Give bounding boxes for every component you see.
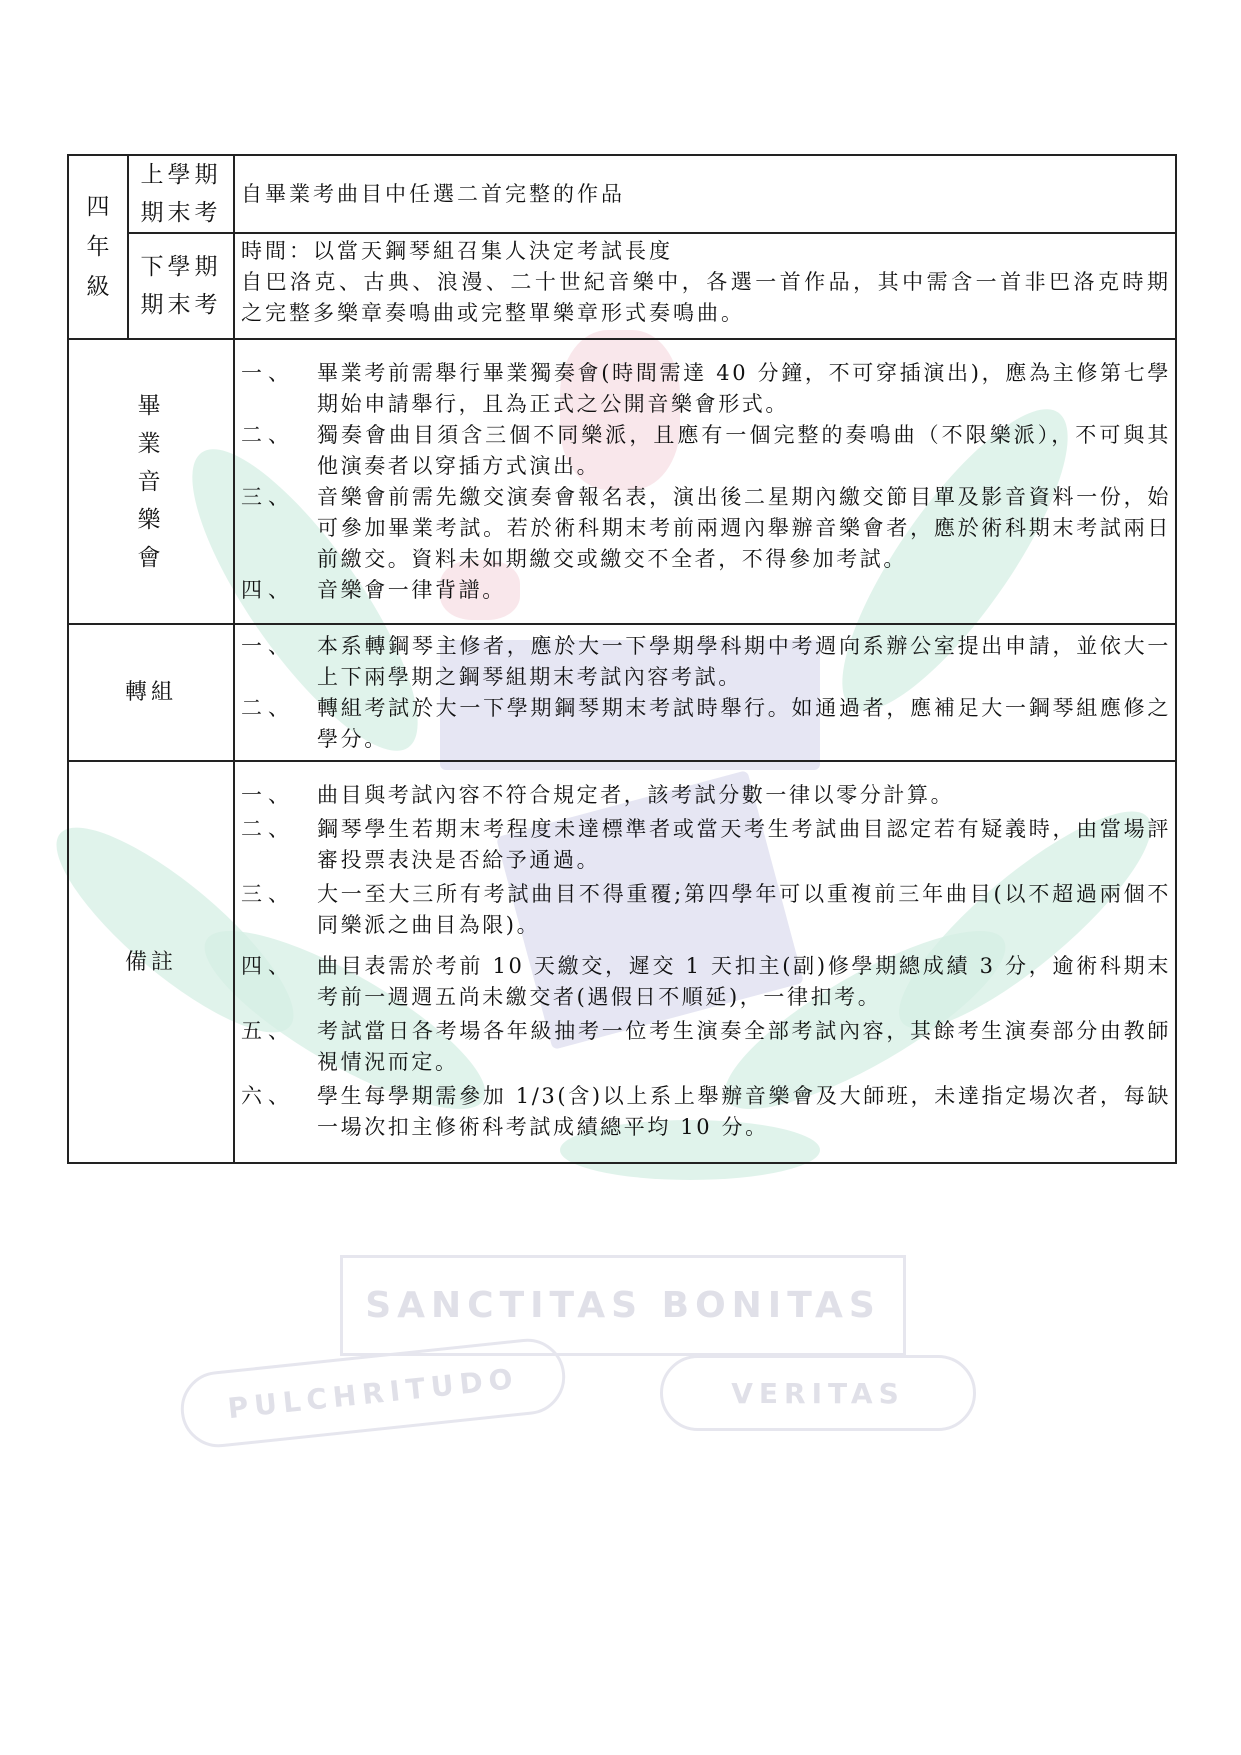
list-item: 三、音樂會前需先繳交演奏會報名表，演出後二星期內繳交節目單及影音資料一份，始可參… bbox=[241, 482, 1171, 575]
sem-label-line: 上學期 bbox=[141, 162, 222, 188]
grade-char: 級 bbox=[87, 274, 110, 300]
item-number: 三、 bbox=[241, 879, 317, 941]
item-number: 二、 bbox=[241, 420, 317, 482]
label-char: 音 bbox=[138, 469, 165, 495]
grade-char: 年 bbox=[87, 234, 110, 260]
list-item: 二、鋼琴學生若期末考程度未達標準者或當天考生考試曲目認定若有疑義時，由當場評審投… bbox=[241, 814, 1171, 876]
watermark-banner-right: VERITAS bbox=[660, 1355, 976, 1431]
list-item: 二、轉組考試於大一下學期鋼琴期末考試時舉行。如通過者，應補足大一鋼琴組應修之學分… bbox=[241, 693, 1171, 755]
sem-label-line: 下學期 bbox=[141, 254, 222, 280]
list-item: 二、獨奏會曲目須含三個不同樂派，且應有一個完整的奏鳴曲（不限樂派），不可與其他演… bbox=[241, 420, 1171, 482]
recital-items: 一、畢業考前需舉行畢業獨奏會(時間需達 40 分鐘，不可穿插演出)，應為主修第七… bbox=[234, 339, 1176, 624]
sem-label-line: 期末考 bbox=[141, 292, 222, 318]
item-number: 四、 bbox=[241, 575, 317, 606]
list-item: 一、畢業考前需舉行畢業獨奏會(時間需達 40 分鐘，不可穿插演出)，應為主修第七… bbox=[241, 358, 1171, 420]
label-char: 會 bbox=[138, 545, 165, 571]
spring-time-line: 時間：以當天鋼琴組召集人決定考試長度 bbox=[241, 236, 1171, 267]
item-text: 本系轉鋼琴主修者，應於大一下學期學科期中考週向系辦公室提出申請，並依大一上下兩學… bbox=[317, 631, 1171, 693]
table-row: 下學期 期末考 時間：以當天鋼琴組召集人決定考試長度 自巴洛克、古典、浪漫、二十… bbox=[68, 233, 1176, 339]
fall-semester-label: 上學期 期末考 bbox=[128, 155, 234, 233]
grade-label: 四 年 級 bbox=[84, 187, 112, 307]
watermark-banner-left: PULCHRITUDO bbox=[177, 1335, 569, 1451]
table-row: 轉組 一、本系轉鋼琴主修者，應於大一下學期學科期中考週向系辦公室提出申請，並依大… bbox=[68, 624, 1176, 761]
item-text: 鋼琴學生若期末考程度未達標準者或當天考生考試曲目認定若有疑義時，由當場評審投票表… bbox=[317, 814, 1171, 876]
item-number: 五、 bbox=[241, 1016, 317, 1078]
item-text: 音樂會前需先繳交演奏會報名表，演出後二星期內繳交節目單及影音資料一份，始可參加畢… bbox=[317, 482, 1171, 575]
spring-semester-content: 時間：以當天鋼琴組召集人決定考試長度 自巴洛克、古典、浪漫、二十世紀音樂中，各選… bbox=[234, 233, 1176, 339]
transfer-items: 一、本系轉鋼琴主修者，應於大一下學期學科期中考週向系辦公室提出申請，並依大一上下… bbox=[234, 624, 1176, 761]
label-char: 業 bbox=[138, 431, 165, 457]
list-item: 三、大一至大三所有考試曲目不得重覆;第四學年可以重複前三年曲目(以不超過兩個不同… bbox=[241, 879, 1171, 941]
exam-rules-table: 四 年 級 上學期 期末考 自畢業考曲目中任選二首完整的作品 下學期 期末考 時… bbox=[67, 154, 1177, 1164]
fall-semester-content: 自畢業考曲目中任選二首完整的作品 bbox=[234, 155, 1176, 233]
table-row: 畢 業 音 樂 會 一、畢業考前需舉行畢業獨奏會(時間需達 40 分鐘，不可穿插… bbox=[68, 339, 1176, 624]
notes-items: 一、曲目與考試內容不符合規定者，該考試分數一律以零分計算。二、鋼琴學生若期末考程… bbox=[234, 761, 1176, 1163]
item-number: 一、 bbox=[241, 631, 317, 693]
item-text: 轉組考試於大一下學期鋼琴期末考試時舉行。如通過者，應補足大一鋼琴組應修之學分。 bbox=[317, 693, 1171, 755]
transfer-label: 轉組 bbox=[68, 624, 234, 761]
item-text: 畢業考前需舉行畢業獨奏會(時間需達 40 分鐘，不可穿插演出)，應為主修第七學期… bbox=[317, 358, 1171, 420]
list-item: 四、音樂會一律背譜。 bbox=[241, 575, 1171, 606]
label-char: 畢 bbox=[138, 393, 165, 419]
item-number: 二、 bbox=[241, 693, 317, 755]
item-text: 考試當日各考場各年級抽考一位考生演奏全部考試內容，其餘考生演奏部分由教師視情況而… bbox=[317, 1016, 1171, 1078]
spring-repertoire-line: 自巴洛克、古典、浪漫、二十世紀音樂中，各選一首作品，其中需含一首非巴洛克時期之完… bbox=[241, 267, 1171, 329]
label-char: 樂 bbox=[138, 507, 165, 533]
recital-label-cell: 畢 業 音 樂 會 bbox=[68, 339, 234, 624]
list-item: 六、學生每學期需參加 1/3(含)以上系上舉辦音樂會及大師班，未達指定場次者，每… bbox=[241, 1081, 1171, 1143]
list-item: 一、曲目與考試內容不符合規定者，該考試分數一律以零分計算。 bbox=[241, 780, 1171, 811]
item-text: 大一至大三所有考試曲目不得重覆;第四學年可以重複前三年曲目(以不超過兩個不同樂派… bbox=[317, 879, 1171, 941]
item-number: 二、 bbox=[241, 814, 317, 876]
item-number: 六、 bbox=[241, 1081, 317, 1143]
item-number: 一、 bbox=[241, 358, 317, 420]
watermark-banner-top: SANCTITAS BONITAS bbox=[340, 1255, 906, 1356]
list-item: 五、考試當日各考場各年級抽考一位考生演奏全部考試內容，其餘考生演奏部分由教師視情… bbox=[241, 1016, 1171, 1078]
table-row: 四 年 級 上學期 期末考 自畢業考曲目中任選二首完整的作品 bbox=[68, 155, 1176, 233]
list-item: 四、曲目表需於考前 10 天繳交，遲交 1 天扣主(副)修學期總成績 3 分，逾… bbox=[241, 951, 1171, 1013]
table-row: 備註 一、曲目與考試內容不符合規定者，該考試分數一律以零分計算。二、鋼琴學生若期… bbox=[68, 761, 1176, 1163]
item-number: 四、 bbox=[241, 951, 317, 1013]
grade-char: 四 bbox=[87, 194, 110, 220]
list-item: 一、本系轉鋼琴主修者，應於大一下學期學科期中考週向系辦公室提出申請，並依大一上下… bbox=[241, 631, 1171, 693]
item-text: 音樂會一律背譜。 bbox=[317, 575, 1171, 606]
sem-label-line: 期末考 bbox=[141, 200, 222, 226]
item-text: 學生每學期需參加 1/3(含)以上系上舉辦音樂會及大師班，未達指定場次者，每缺一… bbox=[317, 1081, 1171, 1143]
spring-semester-label: 下學期 期末考 bbox=[128, 233, 234, 339]
grade-label-cell: 四 年 級 bbox=[68, 155, 128, 339]
item-text: 獨奏會曲目須含三個不同樂派，且應有一個完整的奏鳴曲（不限樂派），不可與其他演奏者… bbox=[317, 420, 1171, 482]
notes-label: 備註 bbox=[68, 761, 234, 1163]
recital-label: 畢 業 音 樂 會 bbox=[137, 387, 165, 577]
item-text: 曲目與考試內容不符合規定者，該考試分數一律以零分計算。 bbox=[317, 780, 1171, 811]
item-number: 三、 bbox=[241, 482, 317, 575]
item-number: 一、 bbox=[241, 780, 317, 811]
item-text: 曲目表需於考前 10 天繳交，遲交 1 天扣主(副)修學期總成績 3 分，逾術科… bbox=[317, 951, 1171, 1013]
